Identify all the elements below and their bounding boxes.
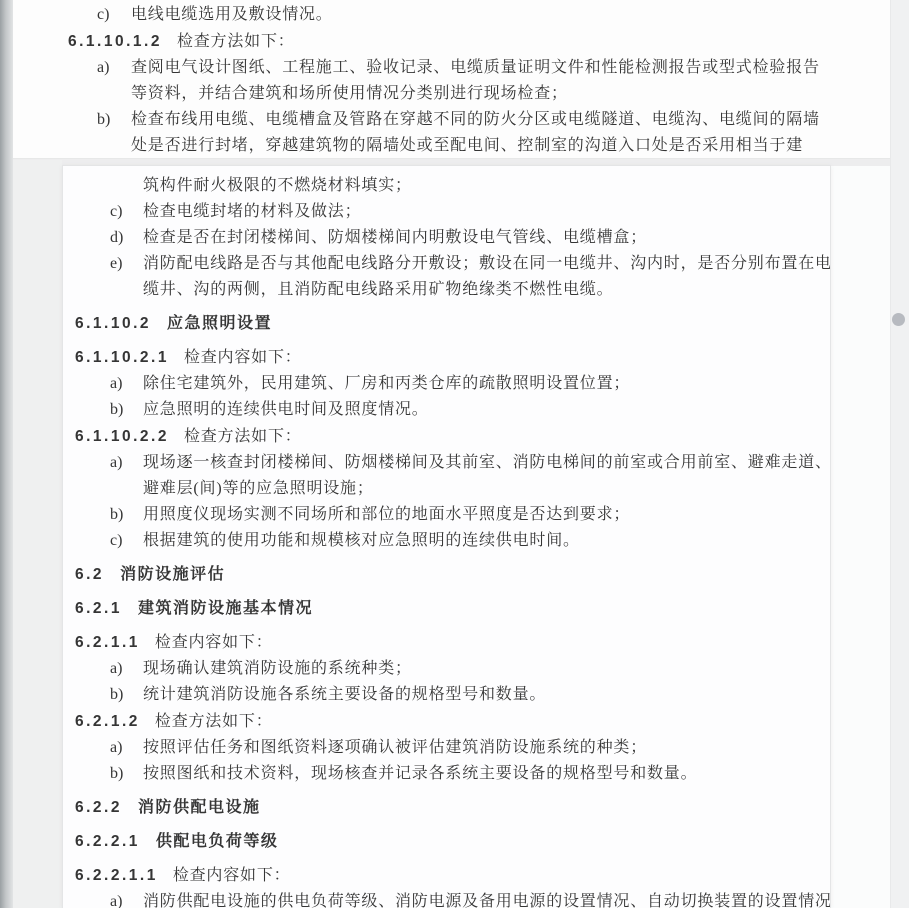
text-line: 缆井、沟的两侧，且消防配电线路采用矿物绝缘类不燃性电缆。 (63, 277, 830, 303)
line-text: 检查方法如下： (155, 713, 273, 730)
list-item: c)根据建筑的使用功能和规模核对应急照明的连续供电时间。 (63, 528, 830, 554)
section-number: 6.2.2 (75, 799, 122, 816)
scroll-dot-icon[interactable] (892, 313, 905, 326)
text-line: 避难层(间)等的应急照明设施； (63, 476, 830, 502)
item-letter: c) (97, 2, 109, 28)
line-text: 消防配电线路是否与其他配电线路分开敷设；敷设在同一电缆井、沟内时，是否分别布置在… (143, 255, 831, 272)
list-item: c)电线电缆选用及敷设情况。 (13, 2, 890, 28)
item-letter: c) (110, 528, 122, 554)
text-line: 筑构件耐火极限的不燃烧材料填实； (63, 173, 830, 199)
current-page-sheet: 筑构件耐火极限的不燃烧材料填实；c)检查电缆封堵的材料及做法；d)检查是否在封闭… (62, 165, 831, 908)
section-number: 6.2.1 (75, 600, 122, 617)
previous-page-sheet: c)电线电缆选用及敷设情况。6.1.10.1.2检查方法如下：a)查阅电气设计图… (13, 0, 890, 159)
section-number: 6.2.1.2 (75, 713, 140, 730)
line-text: 检查方法如下： (184, 428, 302, 445)
list-item: a)现场逐一核查封闭楼梯间、防烟楼梯间及其前室、消防电梯间的前室或合用前室、避难… (63, 450, 830, 476)
section-title: 消防设施评估 (120, 566, 225, 583)
line-text: 检查方法如下： (177, 33, 295, 50)
item-letter: d) (110, 225, 123, 251)
section-title: 应急照明设置 (167, 315, 272, 332)
list-item: b)应急照明的连续供电时间及照度情况。 (63, 397, 830, 423)
clause-heading: 6.1.10.2.1检查内容如下： (63, 345, 830, 371)
line-text: 筑构件耐火极限的不燃烧材料填实； (143, 177, 412, 194)
scrollbar-track[interactable] (890, 0, 909, 908)
list-item: b)检查布线用电缆、电缆槽盒及管路在穿越不同的防火分区或电缆隧道、电缆沟、电缆间… (13, 107, 890, 133)
item-letter: a) (110, 889, 122, 908)
clause-heading: 6.2.1.2检查方法如下： (63, 709, 830, 735)
section-number: 6.1.10.2.2 (75, 428, 169, 445)
list-item: e)消防配电线路是否与其他配电线路分开敷设；敷设在同一电缆井、沟内时，是否分别布… (63, 251, 830, 277)
list-item: b)按照图纸和技术资料，现场核查并记录各系统主要设备的规格型号和数量。 (63, 761, 830, 787)
left-margin-gutter (13, 160, 62, 908)
line-text: 现场逐一核查封闭楼梯间、防烟楼梯间及其前室、消防电梯间的前室或合用前室、避难走道… (143, 454, 831, 471)
line-text: 处是否进行封堵，穿越建筑物的隔墙处或至配电间、控制室的沟道入口处是否采用相当于建 (131, 137, 803, 154)
item-letter: b) (97, 107, 110, 133)
line-text: 按照图纸和技术资料，现场核查并记录各系统主要设备的规格型号和数量。 (143, 765, 697, 782)
list-item: a)按照评估任务和图纸资料逐项确认被评估建筑消防设施系统的种类； (63, 735, 830, 761)
document-viewer: c)电线电缆选用及敷设情况。6.1.10.1.2检查方法如下：a)查阅电气设计图… (0, 0, 909, 908)
section-number: 6.1.10.2.1 (75, 349, 169, 366)
line-text: 现场确认建筑消防设施的系统种类； (143, 660, 412, 677)
line-text: 除住宅建筑外，民用建筑、厂房和丙类仓库的疏散照明设置位置； (143, 375, 630, 392)
page-edge-gutter (0, 0, 13, 908)
item-letter: a) (110, 371, 122, 397)
section-title: 消防供配电设施 (138, 799, 261, 816)
line-text: 缆井、沟的两侧，且消防配电线路采用矿物绝缘类不燃性电缆。 (143, 281, 613, 298)
section-number: 6.2.2.1 (75, 833, 140, 850)
item-letter: e) (110, 251, 122, 277)
line-text: 根据建筑的使用功能和规模核对应急照明的连续供电时间。 (143, 532, 580, 549)
line-text: 消防供配电设施的供电负荷等级、消防电源及备用电源的设置情况、自动切换装置的设置情… (143, 893, 831, 908)
section-heading: 6.2消防设施评估 (63, 562, 830, 588)
list-item: a)消防供配电设施的供电负荷等级、消防电源及备用电源的设置情况、自动切换装置的设… (63, 889, 830, 908)
item-letter: b) (110, 761, 123, 787)
line-text: 应急照明的连续供电时间及照度情况。 (143, 401, 429, 418)
item-letter: c) (110, 199, 122, 225)
section-number: 6.2 (75, 566, 104, 583)
section-heading: 6.2.2.1供配电负荷等级 (63, 829, 830, 855)
item-letter: b) (110, 397, 123, 423)
text-line: 等资料，并结合建筑和场所使用情况分类别进行现场检查； (13, 81, 890, 107)
list-item: a)除住宅建筑外，民用建筑、厂房和丙类仓库的疏散照明设置位置； (63, 371, 830, 397)
text-line: 处是否进行封堵，穿越建筑物的隔墙处或至配电间、控制室的沟道入口处是否采用相当于建 (13, 133, 890, 159)
section-title: 建筑消防设施基本情况 (138, 600, 313, 617)
line-text: 用照度仪现场实测不同场所和部位的地面水平照度是否达到要求； (143, 506, 630, 523)
line-text: 按照评估任务和图纸资料逐项确认被评估建筑消防设施系统的种类； (143, 739, 647, 756)
line-text: 电线电缆选用及敷设情况。 (131, 6, 333, 23)
list-item: a)查阅电气设计图纸、工程施工、验收记录、电缆质量证明文件和性能检测报告或型式检… (13, 55, 890, 81)
list-item: a)现场确认建筑消防设施的系统种类； (63, 656, 830, 682)
section-heading: 6.1.10.2应急照明设置 (63, 311, 830, 337)
item-letter: b) (110, 502, 123, 528)
clause-heading: 6.1.10.2.2检查方法如下： (63, 424, 830, 450)
line-text: 检查布线用电缆、电缆槽盒及管路在穿越不同的防火分区或电缆隧道、电缆沟、电缆间的隔… (131, 111, 820, 128)
clause-heading: 6.1.10.1.2检查方法如下： (13, 29, 890, 55)
line-text: 检查内容如下： (155, 634, 273, 651)
line-text: 检查电缆封堵的材料及做法； (143, 203, 361, 220)
line-text: 检查是否在封闭楼梯间、防烟楼梯间内明敷设电气管线、电缆槽盒； (143, 229, 647, 246)
list-item: c)检查电缆封堵的材料及做法； (63, 199, 830, 225)
item-letter: b) (110, 682, 123, 708)
section-number: 6.1.10.2 (75, 315, 151, 332)
line-text: 查阅电气设计图纸、工程施工、验收记录、电缆质量证明文件和性能检测报告或型式检验报… (131, 59, 820, 76)
clause-heading: 6.2.1.1检查内容如下： (63, 630, 830, 656)
section-heading: 6.2.1建筑消防设施基本情况 (63, 596, 830, 622)
line-text: 避难层(间)等的应急照明设施； (143, 480, 374, 497)
line-text: 等资料，并结合建筑和场所使用情况分类别进行现场检查； (131, 85, 568, 102)
item-letter: a) (110, 735, 122, 761)
section-number: 6.1.10.1.2 (68, 33, 162, 50)
list-item: d)检查是否在封闭楼梯间、防烟楼梯间内明敷设电气管线、电缆槽盒； (63, 225, 830, 251)
item-letter: a) (110, 656, 122, 682)
section-title: 供配电负荷等级 (156, 833, 279, 850)
list-item: b)统计建筑消防设施各系统主要设备的规格型号和数量。 (63, 682, 830, 708)
item-letter: a) (97, 55, 109, 81)
section-number: 6.2.2.1.1 (75, 867, 158, 884)
line-text: 检查内容如下： (173, 867, 291, 884)
clause-heading: 6.2.2.1.1检查内容如下： (63, 863, 830, 889)
line-text: 统计建筑消防设施各系统主要设备的规格型号和数量。 (143, 686, 546, 703)
list-item: b)用照度仪现场实测不同场所和部位的地面水平照度是否达到要求； (63, 502, 830, 528)
item-letter: a) (110, 450, 122, 476)
section-heading: 6.2.2消防供配电设施 (63, 795, 830, 821)
line-text: 检查内容如下： (184, 349, 302, 366)
section-number: 6.2.1.1 (75, 634, 140, 651)
